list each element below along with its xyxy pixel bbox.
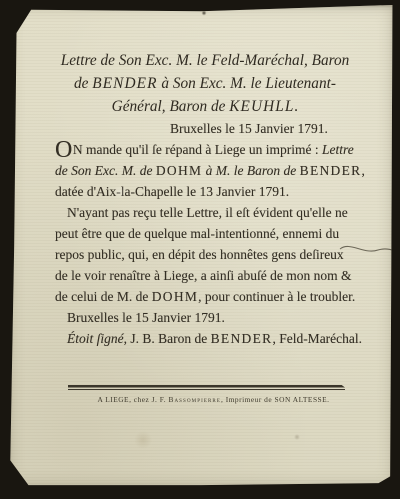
text-segment: . xyxy=(294,98,298,115)
text-segment: Général, Baron de xyxy=(112,98,230,115)
printed-letter-sheet: Lettre de Son Exc. M. le Feld-Maréchal, … xyxy=(8,4,394,487)
text-segment: repos public, qui, en dépit des honnêtes… xyxy=(55,247,344,262)
text-segment: , Feld-Maréchal. xyxy=(272,331,362,346)
imprint-text: A LIEGE, chez J. F. Bassompierre, Imprim… xyxy=(75,395,352,404)
imprint-footer: A LIEGE, chez J. F. Bassompierre, Imprim… xyxy=(55,385,355,404)
text-segment: de xyxy=(74,75,92,92)
text-segment: à Son Exc. M. le Lieutenant- xyxy=(158,75,336,92)
text-segment: de celui de M. de xyxy=(55,289,152,304)
text-segment: , xyxy=(361,163,364,178)
rule-thick-line xyxy=(68,385,345,388)
text-segment: , J. B. Baron de xyxy=(124,331,211,346)
text-segment: Lettre xyxy=(322,142,354,157)
text-segment: à M. le Baron de xyxy=(202,163,299,178)
dateline-top: Bruxelles le 15 Janvier 1791. xyxy=(55,118,355,139)
letter-content: Lettre de Son Exc. M. le Feld-Maréchal, … xyxy=(8,49,394,404)
text-segment: BENDER xyxy=(211,331,273,346)
title-line-2: de BENDER à Son Exc. M. le Lieutenant- xyxy=(55,72,355,95)
text-segment: Bruxelles le 15 Janvier 1791. xyxy=(170,121,328,136)
text-segment: A LIEGE, chez J. F. xyxy=(97,395,168,404)
title-line-3: Général, Baron de KEUHLL. xyxy=(55,95,355,118)
text-segment: BENDER xyxy=(92,75,157,92)
text-segment: N'ayant pas reçu telle Lettre, il eſt év… xyxy=(67,205,348,220)
body-line: datée d'Aix-la-Chapelle le 13 Janvier 17… xyxy=(55,181,355,202)
text-segment: DOHM xyxy=(152,289,198,304)
body-line: N'ayant pas reçu telle Lettre, il eſt év… xyxy=(55,202,355,223)
text-segment: Étoit ſigné xyxy=(67,331,124,346)
text-segment: datée d'Aix-la-Chapelle le 13 Janvier 17… xyxy=(55,184,289,199)
letter-title: Lettre de Son Exc. M. le Feld-Maréchal, … xyxy=(55,49,355,118)
text-segment: Lettre de Son Exc. M. le Feld-Maréchal, … xyxy=(61,52,350,69)
rule-thin-line xyxy=(68,389,345,390)
text-segment: N mande qu'il ſe répand à Liege un impri… xyxy=(73,142,322,157)
title-line-1: Lettre de Son Exc. M. le Feld-Maréchal, … xyxy=(55,49,355,72)
text-segment: Bassompierre xyxy=(168,395,221,404)
body-line: de Son Exc. M. de DOHM à M. le Baron de … xyxy=(55,160,355,181)
text-segment: , Imprimeur de xyxy=(221,395,274,404)
body-line: peut être que de quelque mal-intentionné… xyxy=(55,223,355,244)
dateline-bottom: Bruxelles le 15 Janvier 1791. xyxy=(55,307,355,328)
text-segment: de le voir renaître à Liege, a ainſi abu… xyxy=(55,268,352,283)
text-segment: BENDER xyxy=(300,163,362,178)
double-rule xyxy=(68,385,345,390)
text-segment: , pour continuer à le troubler. xyxy=(198,289,355,304)
text-segment: KEUHLL xyxy=(229,98,294,115)
signature-line: Étoit ſigné, J. B. Baron de BENDER, Feld… xyxy=(55,328,355,349)
printer-imprint: A LIEGE, chez J. F. Bassompierre, Imprim… xyxy=(75,395,352,404)
text-segment: DOHM xyxy=(156,163,202,178)
body-line: de celui de M. de DOHM, pour continuer à… xyxy=(55,286,355,307)
text-segment: Bruxelles le 15 Janvier 1791. xyxy=(67,310,225,325)
scan-background: { "page": { "background_color": "#191610… xyxy=(0,0,400,499)
text-segment: de Son Exc. M. de xyxy=(55,163,156,178)
body-line: de le voir renaître à Liege, a ainſi abu… xyxy=(55,265,355,286)
letter-body: Bruxelles le 15 Janvier 1791.ON mande qu… xyxy=(55,118,355,349)
body-line: ON mande qu'il ſe répand à Liege un impr… xyxy=(55,139,355,160)
text-segment: SON ALTESSE. xyxy=(275,395,330,404)
text-segment: peut être que de quelque mal-intentionné… xyxy=(55,226,339,241)
body-line: repos public, qui, en dépit des honnêtes… xyxy=(55,244,355,265)
